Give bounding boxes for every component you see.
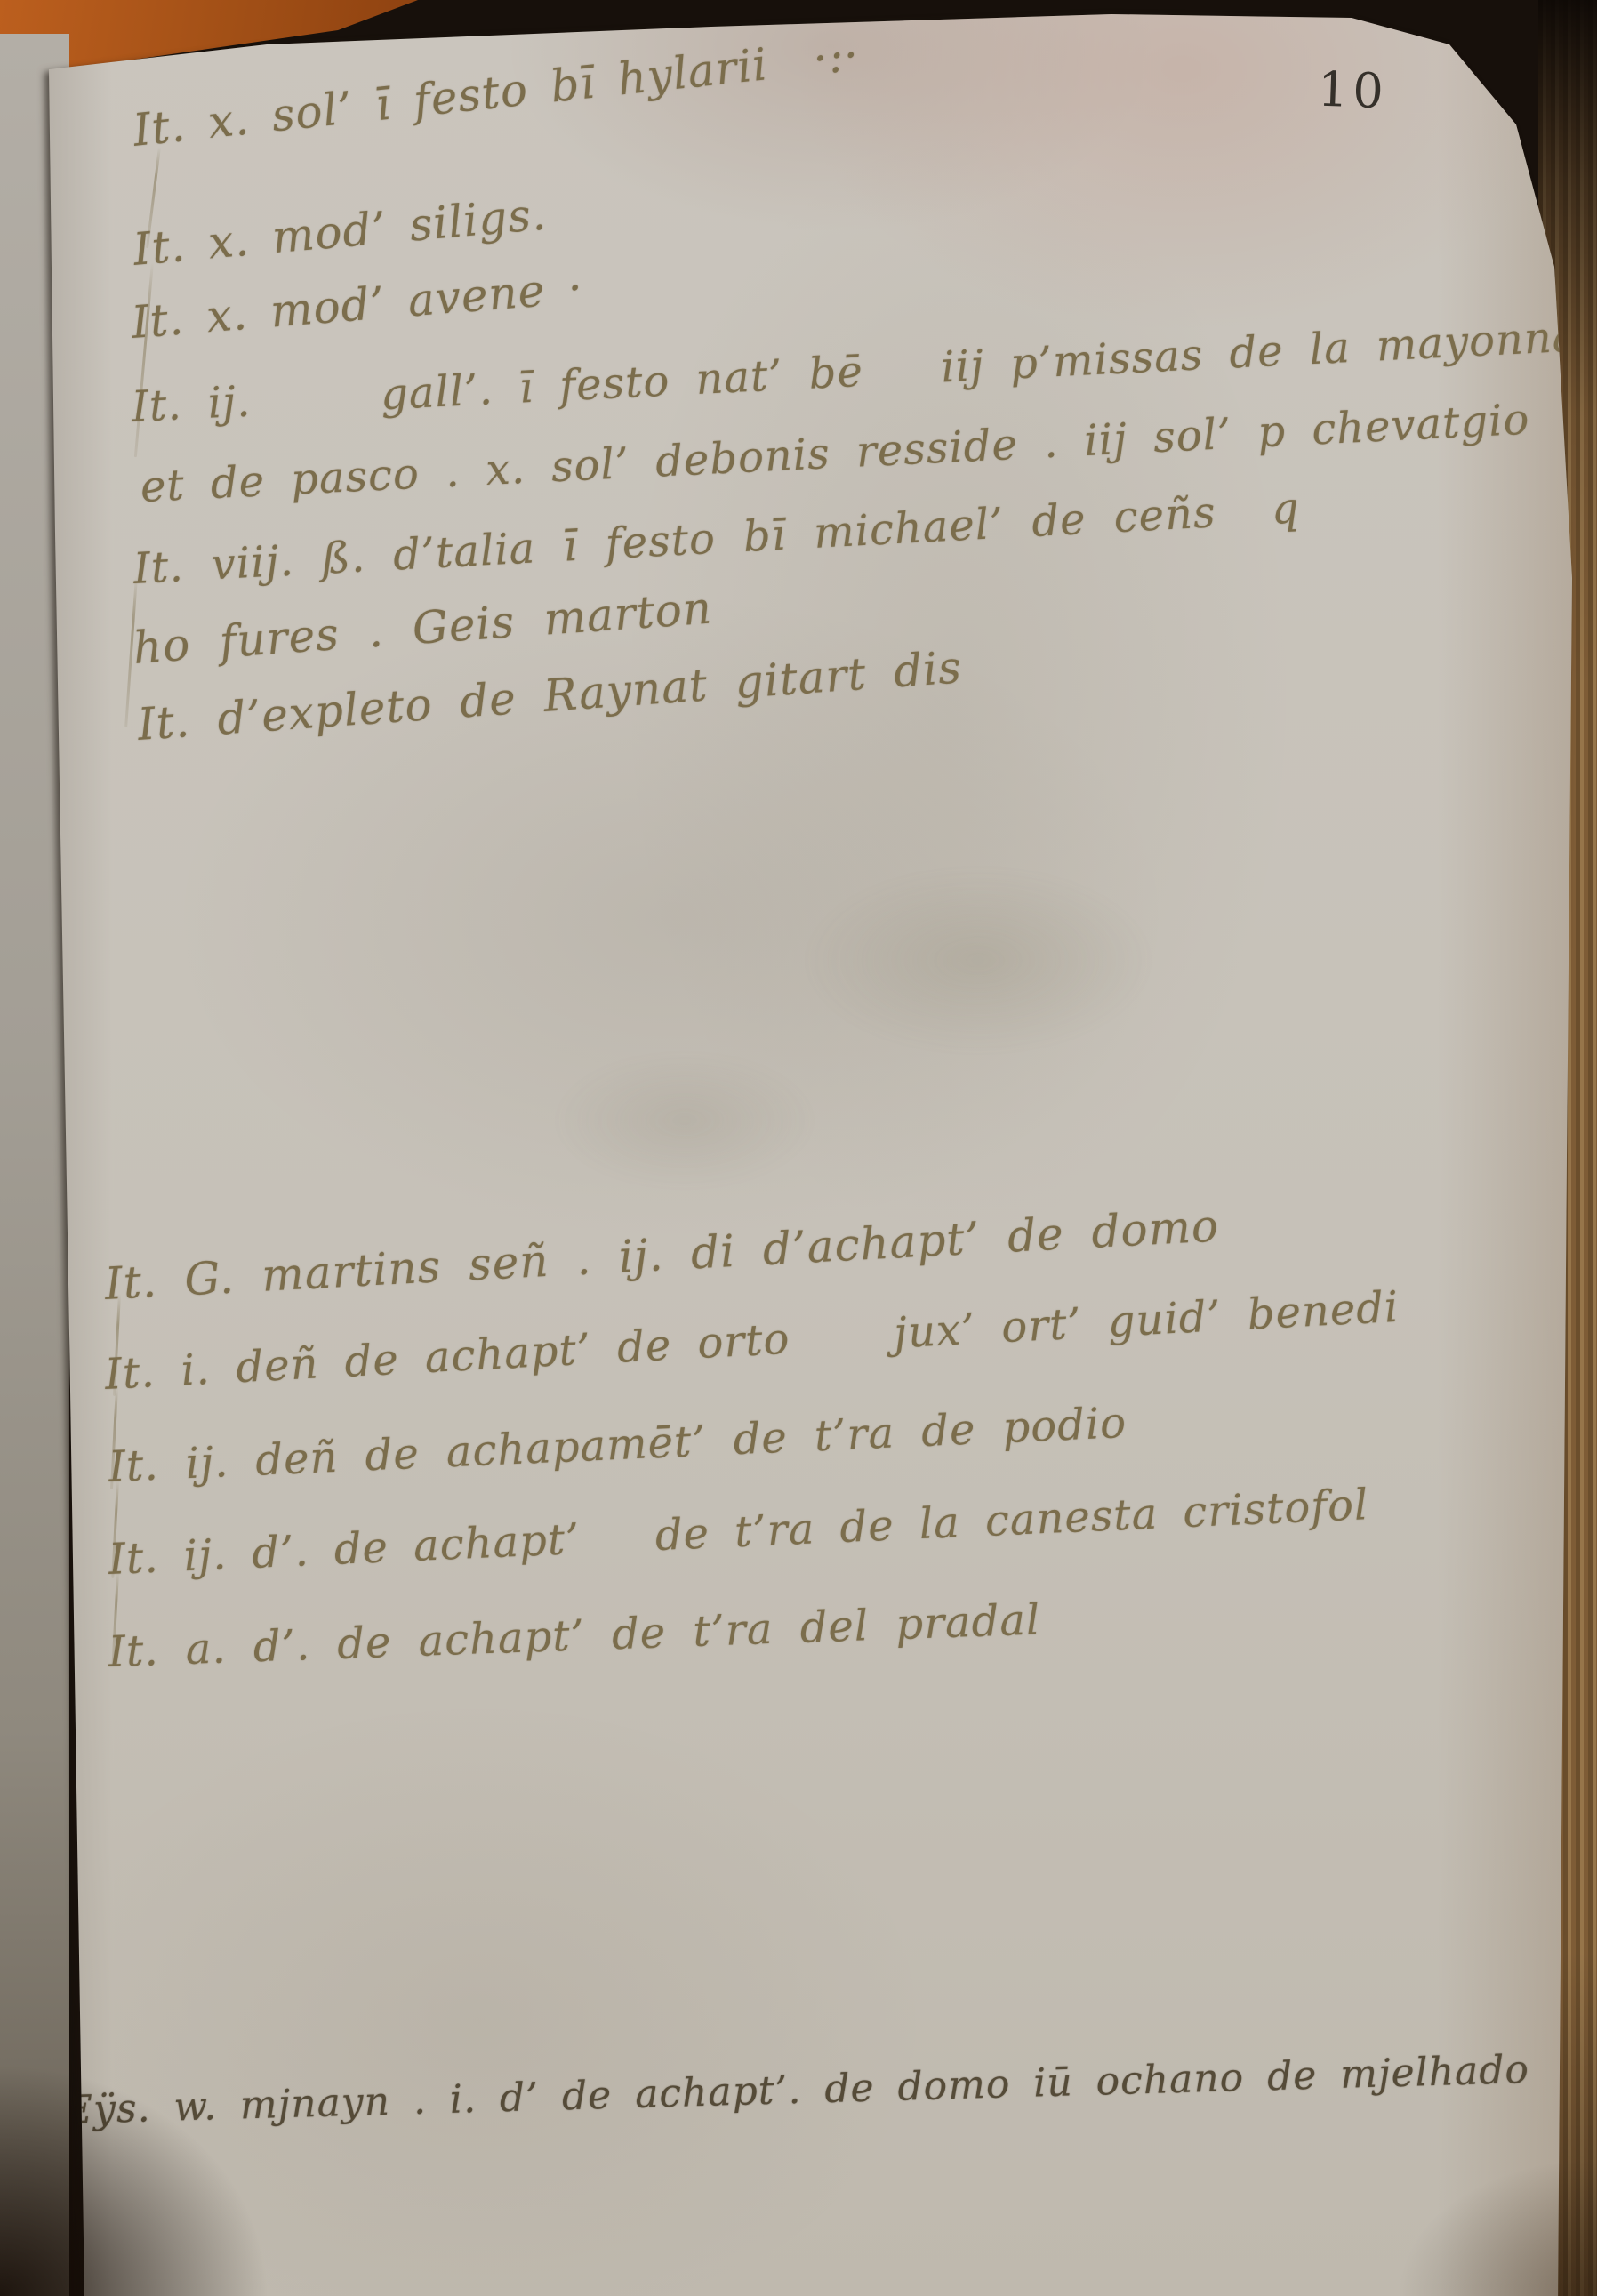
entry-line-13: It. a. d’. de achapt’ de t’ra del pradal xyxy=(108,1594,1041,1677)
entry-line-12: It. ij. d’. de achapt’ de t’ra de la can… xyxy=(108,1480,1370,1585)
manuscript-page: 10 It. x. sol’ ī festo bī hylarii ·:· It… xyxy=(0,0,1597,2296)
entry-line-2: It. x. mod’ siligs. xyxy=(131,188,548,275)
entry-line-7: ho fures . Geis marton xyxy=(132,582,714,674)
entry-line-11: It. ij. deñ de achapamēt’ de t’ra de pod… xyxy=(108,1398,1128,1492)
entry-line-9: It. G. martins señ . ij. di d’achapt’ de… xyxy=(103,1200,1220,1310)
manuscript-photo: 10 It. x. sol’ ī festo bī hylarii ·:· It… xyxy=(0,0,1597,2296)
entry-line-3: It. x. mod’ avene · xyxy=(130,261,585,349)
footer-entry-line: Eÿs. w. mjnayn . i. d’ de achapt’. de do… xyxy=(63,2047,1529,2133)
ink-showthrough xyxy=(729,827,1227,1094)
entry-line-1: It. x. sol’ ī festo bī hylarii ·:· xyxy=(131,28,862,156)
folio-number: 10 xyxy=(1317,61,1389,120)
ink-showthrough xyxy=(498,1023,871,1218)
